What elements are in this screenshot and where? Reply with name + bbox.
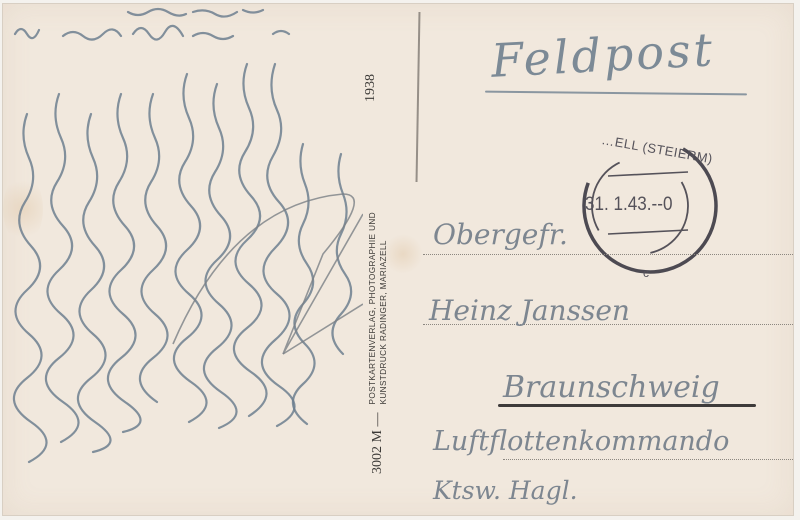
postmark-date: 31. 1.43.--0 — [585, 194, 672, 216]
publisher-imprint: 3002 M — POSTKARTENVERLAG, PHOTOGRAPHIE … — [367, 212, 389, 474]
feldpost-header: Feldpost — [490, 22, 717, 88]
address-dotted-line — [503, 459, 793, 460]
catalog-code: 3002 M — — [370, 413, 386, 474]
paper-stain — [383, 234, 423, 274]
address-unit: Luftflottenkommando — [433, 426, 729, 457]
address-city: Braunschweig — [503, 370, 720, 405]
card-divider-line — [416, 12, 420, 182]
handwritten-letter-body — [3, 4, 363, 515]
address-city-underline — [498, 404, 756, 407]
handwriting-strokes — [3, 4, 363, 515]
address-dotted-line — [423, 254, 793, 255]
print-year: 1938 — [363, 74, 379, 102]
address-rank: Obergefr. — [433, 218, 568, 251]
feldpost-underline — [485, 91, 747, 96]
publisher-line-2: KUNSTDRUCK RADINGER, MARIAZELL — [378, 212, 389, 405]
postmark-sub-letter: c — [643, 266, 649, 280]
address-detail: Ktsw. Hagl. — [433, 476, 578, 505]
publisher-line-1: POSTKARTENVERLAG, PHOTOGRAPHIE UND — [367, 212, 378, 405]
address-name: Heinz Janssen — [429, 294, 630, 327]
postcard: 3002 M — POSTKARTENVERLAG, PHOTOGRAPHIE … — [2, 3, 794, 516]
